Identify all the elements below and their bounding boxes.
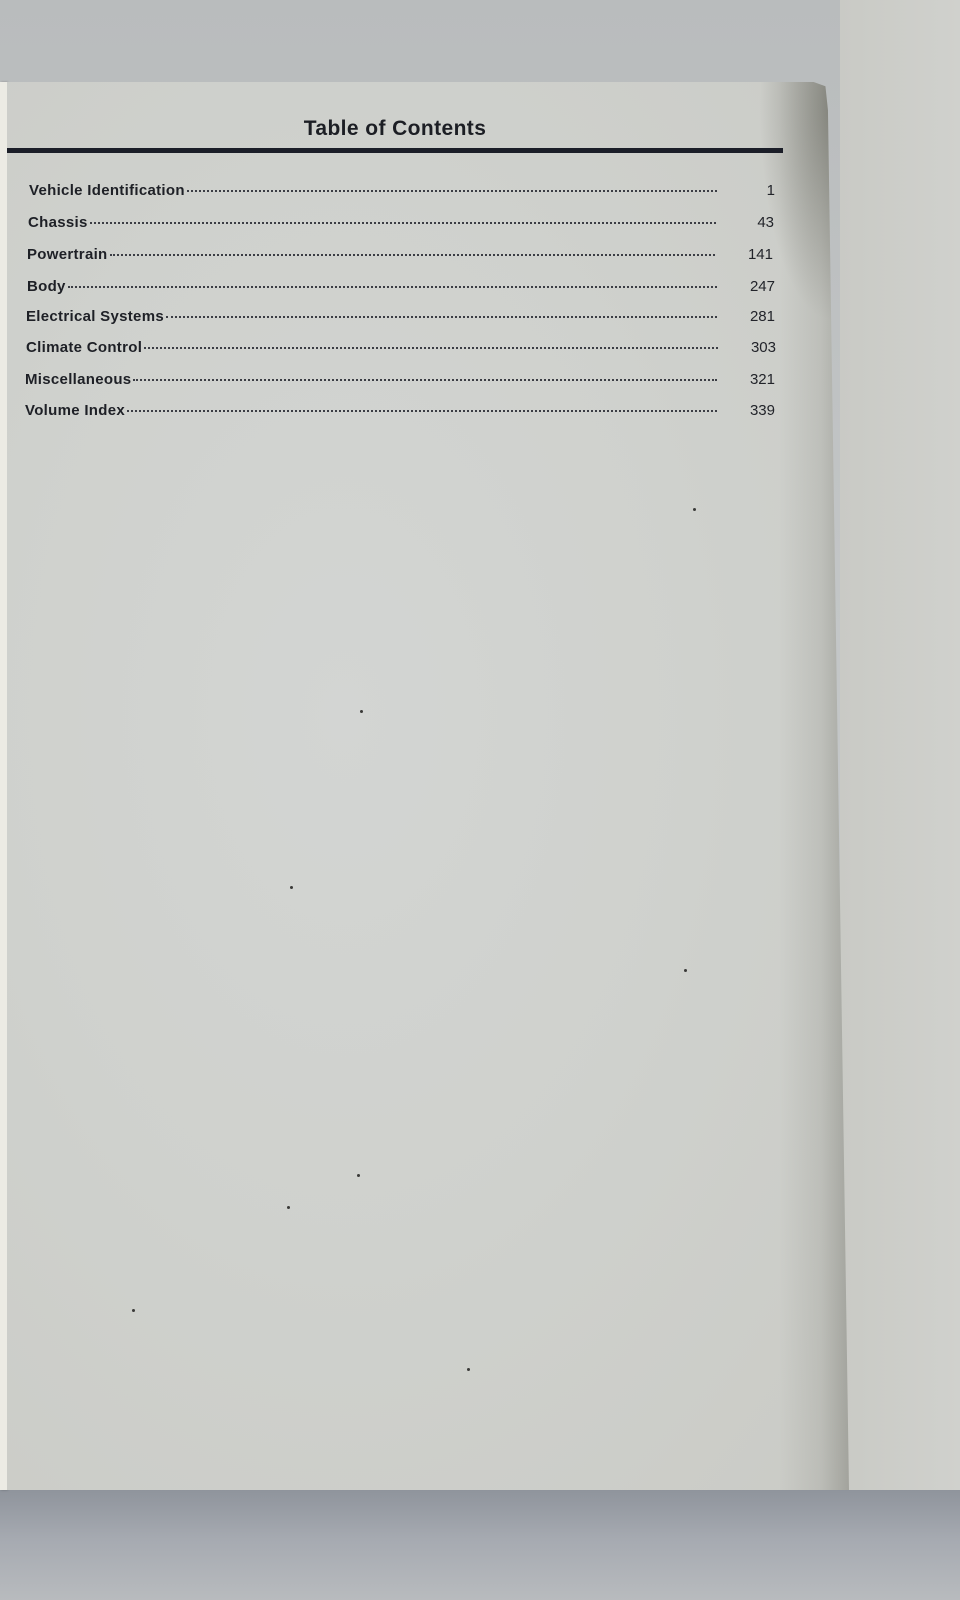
dot-leader <box>110 254 715 256</box>
toc-entry-page: 1 <box>715 182 775 199</box>
dot-leader <box>133 379 717 381</box>
toc-entry[interactable]: Miscellaneous 321 <box>25 371 775 395</box>
toc-entry-page: 141 <box>713 246 773 263</box>
dot-leader <box>187 190 717 192</box>
previous-page-edge <box>0 82 7 1490</box>
title-rule <box>7 148 783 153</box>
page-title: Table of Contents <box>7 117 783 141</box>
toc-entry-label: Powertrain <box>27 246 108 263</box>
paper-speck <box>357 1174 360 1177</box>
paper-speck <box>684 969 687 972</box>
dot-leader <box>127 410 717 412</box>
toc-entry[interactable]: Powertrain 141 <box>27 246 773 270</box>
toc-entry-page: 43 <box>714 214 774 231</box>
paper-speck <box>290 886 293 889</box>
toc-entry[interactable]: Volume Index 339 <box>25 402 775 426</box>
paper-speck <box>693 508 696 511</box>
background-shadow-bottom <box>0 1490 960 1600</box>
toc-entry-page: 303 <box>716 339 776 356</box>
paper-speck <box>132 1309 135 1312</box>
toc-entry[interactable]: Climate Control 303 <box>26 339 776 363</box>
toc-entry-page: 247 <box>715 278 775 295</box>
book-page: Table of Contents Vehicle Identification… <box>7 82 849 1490</box>
toc-entry-label: Body <box>27 278 66 295</box>
dot-leader <box>68 286 717 288</box>
dot-leader <box>144 347 718 349</box>
background-surface-right <box>840 0 960 1600</box>
toc-entry-label: Chassis <box>28 214 88 231</box>
toc-entry[interactable]: Chassis 43 <box>28 214 774 238</box>
toc-entry-label: Miscellaneous <box>25 371 131 388</box>
toc-entry[interactable]: Body 247 <box>27 278 775 302</box>
toc-entry-page: 321 <box>715 371 775 388</box>
toc-entry-label: Volume Index <box>25 402 125 419</box>
toc-entry-label: Vehicle Identification <box>29 182 185 199</box>
dot-leader <box>90 222 716 224</box>
dot-leader <box>166 316 717 318</box>
paper-speck <box>287 1206 290 1209</box>
toc-entry-page: 281 <box>715 308 775 325</box>
toc-entry-label: Electrical Systems <box>26 308 164 325</box>
paper-speck <box>360 710 363 713</box>
toc-entry-page: 339 <box>715 402 775 419</box>
toc-entry-label: Climate Control <box>26 339 142 356</box>
toc-entry[interactable]: Vehicle Identification 1 <box>29 182 775 206</box>
toc-entry[interactable]: Electrical Systems 281 <box>26 308 775 332</box>
paper-speck <box>467 1368 470 1371</box>
